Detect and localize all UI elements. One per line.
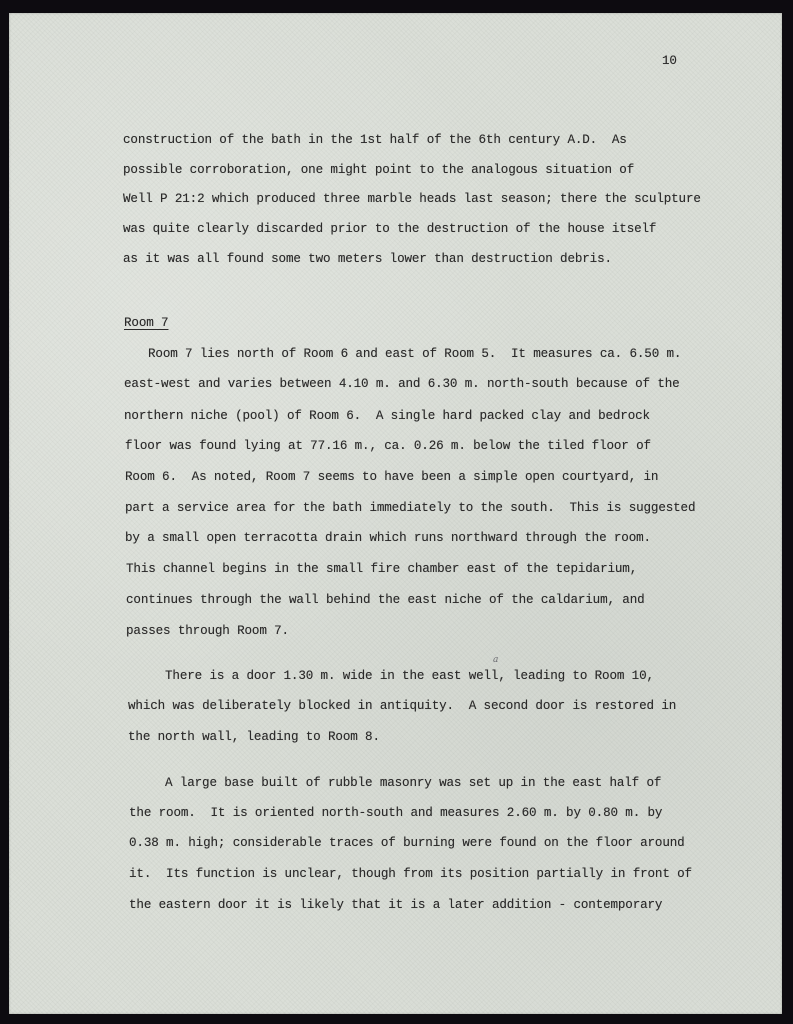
text-line: northern niche (pool) of Room 6. A singl… — [124, 409, 650, 423]
text-line: 0.38 m. high; considerable traces of bur… — [129, 836, 685, 850]
text-line: as it was all found some two meters lowe… — [123, 252, 612, 266]
text-line: the eastern door it is likely that it is… — [129, 898, 662, 912]
text-line: construction of the bath in the 1st half… — [123, 133, 627, 147]
text-line: Room 6. As noted, Room 7 seems to have b… — [125, 470, 658, 484]
text-line: possible corroboration, one might point … — [123, 163, 634, 177]
document-page: 10 construction of the bath in the 1st h… — [9, 13, 782, 1014]
text-line: passes through Room 7. — [126, 624, 289, 638]
text-line: part a service area for the bath immedia… — [125, 501, 695, 515]
text-line: Room 7 lies north of Room 6 and east of … — [148, 347, 681, 361]
text-line: Well P 21:2 which produced three marble … — [123, 192, 701, 206]
text-line: by a small open terracotta drain which r… — [125, 531, 651, 545]
text-line: the room. It is oriented north-south and… — [129, 806, 662, 820]
text-line: continues through the wall behind the ea… — [126, 593, 645, 607]
text-line: There is a door 1.30 m. wide in the east… — [165, 669, 654, 683]
page-number: 10 — [662, 54, 677, 68]
section-heading: Room 7 — [124, 316, 168, 330]
text-line: east-west and varies between 4.10 m. and… — [124, 377, 680, 391]
text-line: it. Its function is unclear, though from… — [129, 867, 692, 881]
handwritten-correction: a — [493, 655, 498, 665]
text-line: which was deliberately blocked in antiqu… — [128, 699, 676, 713]
text-line: A large base built of rubble masonry was… — [165, 776, 661, 790]
text-line: was quite clearly discarded prior to the… — [123, 222, 656, 236]
text-line: floor was found lying at 77.16 m., ca. 0… — [125, 439, 651, 453]
text-line: This channel begins in the small fire ch… — [126, 562, 637, 576]
text-line: the north wall, leading to Room 8. — [128, 730, 380, 744]
